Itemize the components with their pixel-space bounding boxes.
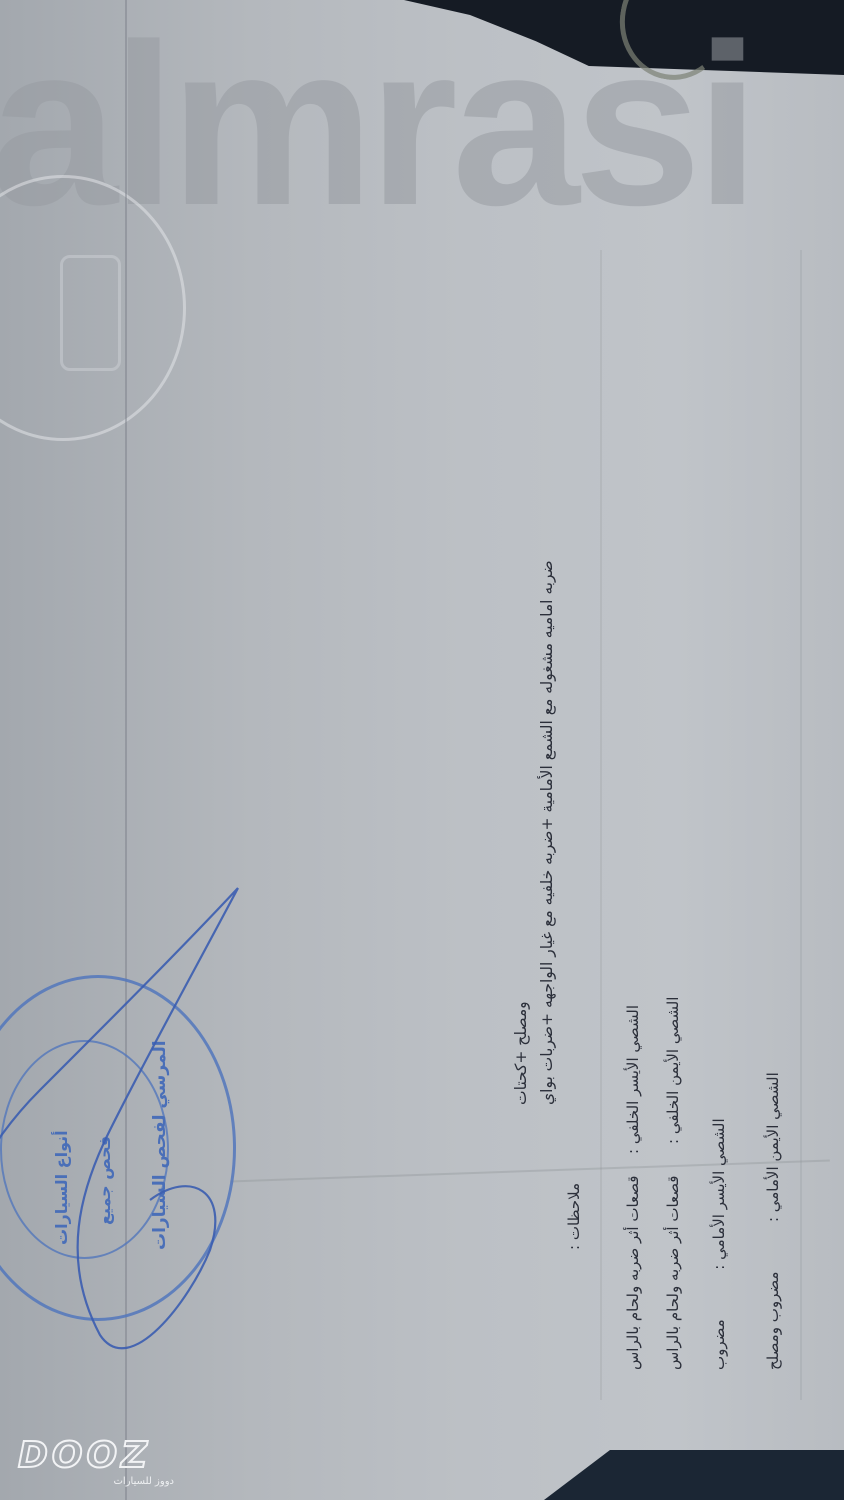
row-label: الشصي الأيسر الخلفي :: [624, 1005, 642, 1154]
brand-subtitle: دووز للسيارات: [18, 1476, 174, 1487]
brand-logo-mark: DOOZ: [18, 1438, 188, 1474]
table-line: [800, 250, 802, 1400]
brand-logo: DOOZ دووز للسيارات: [18, 1438, 188, 1487]
notes-label: ملاحظات :: [565, 1183, 583, 1250]
row-label: الشصي الأيسر الأمامي :: [710, 1118, 728, 1269]
notes-text: ضربه اماميه مشغوله مع الشمع الأمامية +ضر…: [538, 560, 556, 1105]
row-value: قصعات أثر ضربه ولحام بالراس: [624, 1176, 642, 1370]
row-value: قصعات أثر ضربه ولحام بالراس: [664, 1176, 682, 1370]
row-value: مضروب: [710, 1319, 728, 1370]
row-value: مضروب ومصلح: [764, 1272, 782, 1370]
stamp-inner-text: أنواع السيارات: [52, 1130, 71, 1245]
row-label: الشصي الأيمن الخلفي :: [664, 997, 682, 1144]
inspection-row: الشصي الأيسر الخلفي : قصعات أثر ضربه ولح…: [624, 1005, 642, 1370]
stamp-inner-text: فحص جميع: [95, 1136, 114, 1225]
inspection-row: الشصي الأيمن الخلفي : قصعات أثر ضربه ولح…: [664, 997, 682, 1370]
inspection-row: الشصي الأيسر الأمامي : مضروب: [710, 1118, 728, 1370]
embossed-seal-logo-icon: [60, 255, 121, 371]
table-line: [600, 250, 602, 1400]
notes-text-continued: ومصلح +كحتات: [512, 1001, 530, 1105]
inspection-row: الشصي الأيمن الأمامي : مضروب ومصلح: [764, 1072, 782, 1370]
stamp-outer-text: المرسي لفحص السيارات: [150, 1040, 170, 1250]
row-label: الشصي الأيمن الأمامي :: [764, 1072, 782, 1222]
company-stamp-inner-ring: [0, 1040, 169, 1259]
